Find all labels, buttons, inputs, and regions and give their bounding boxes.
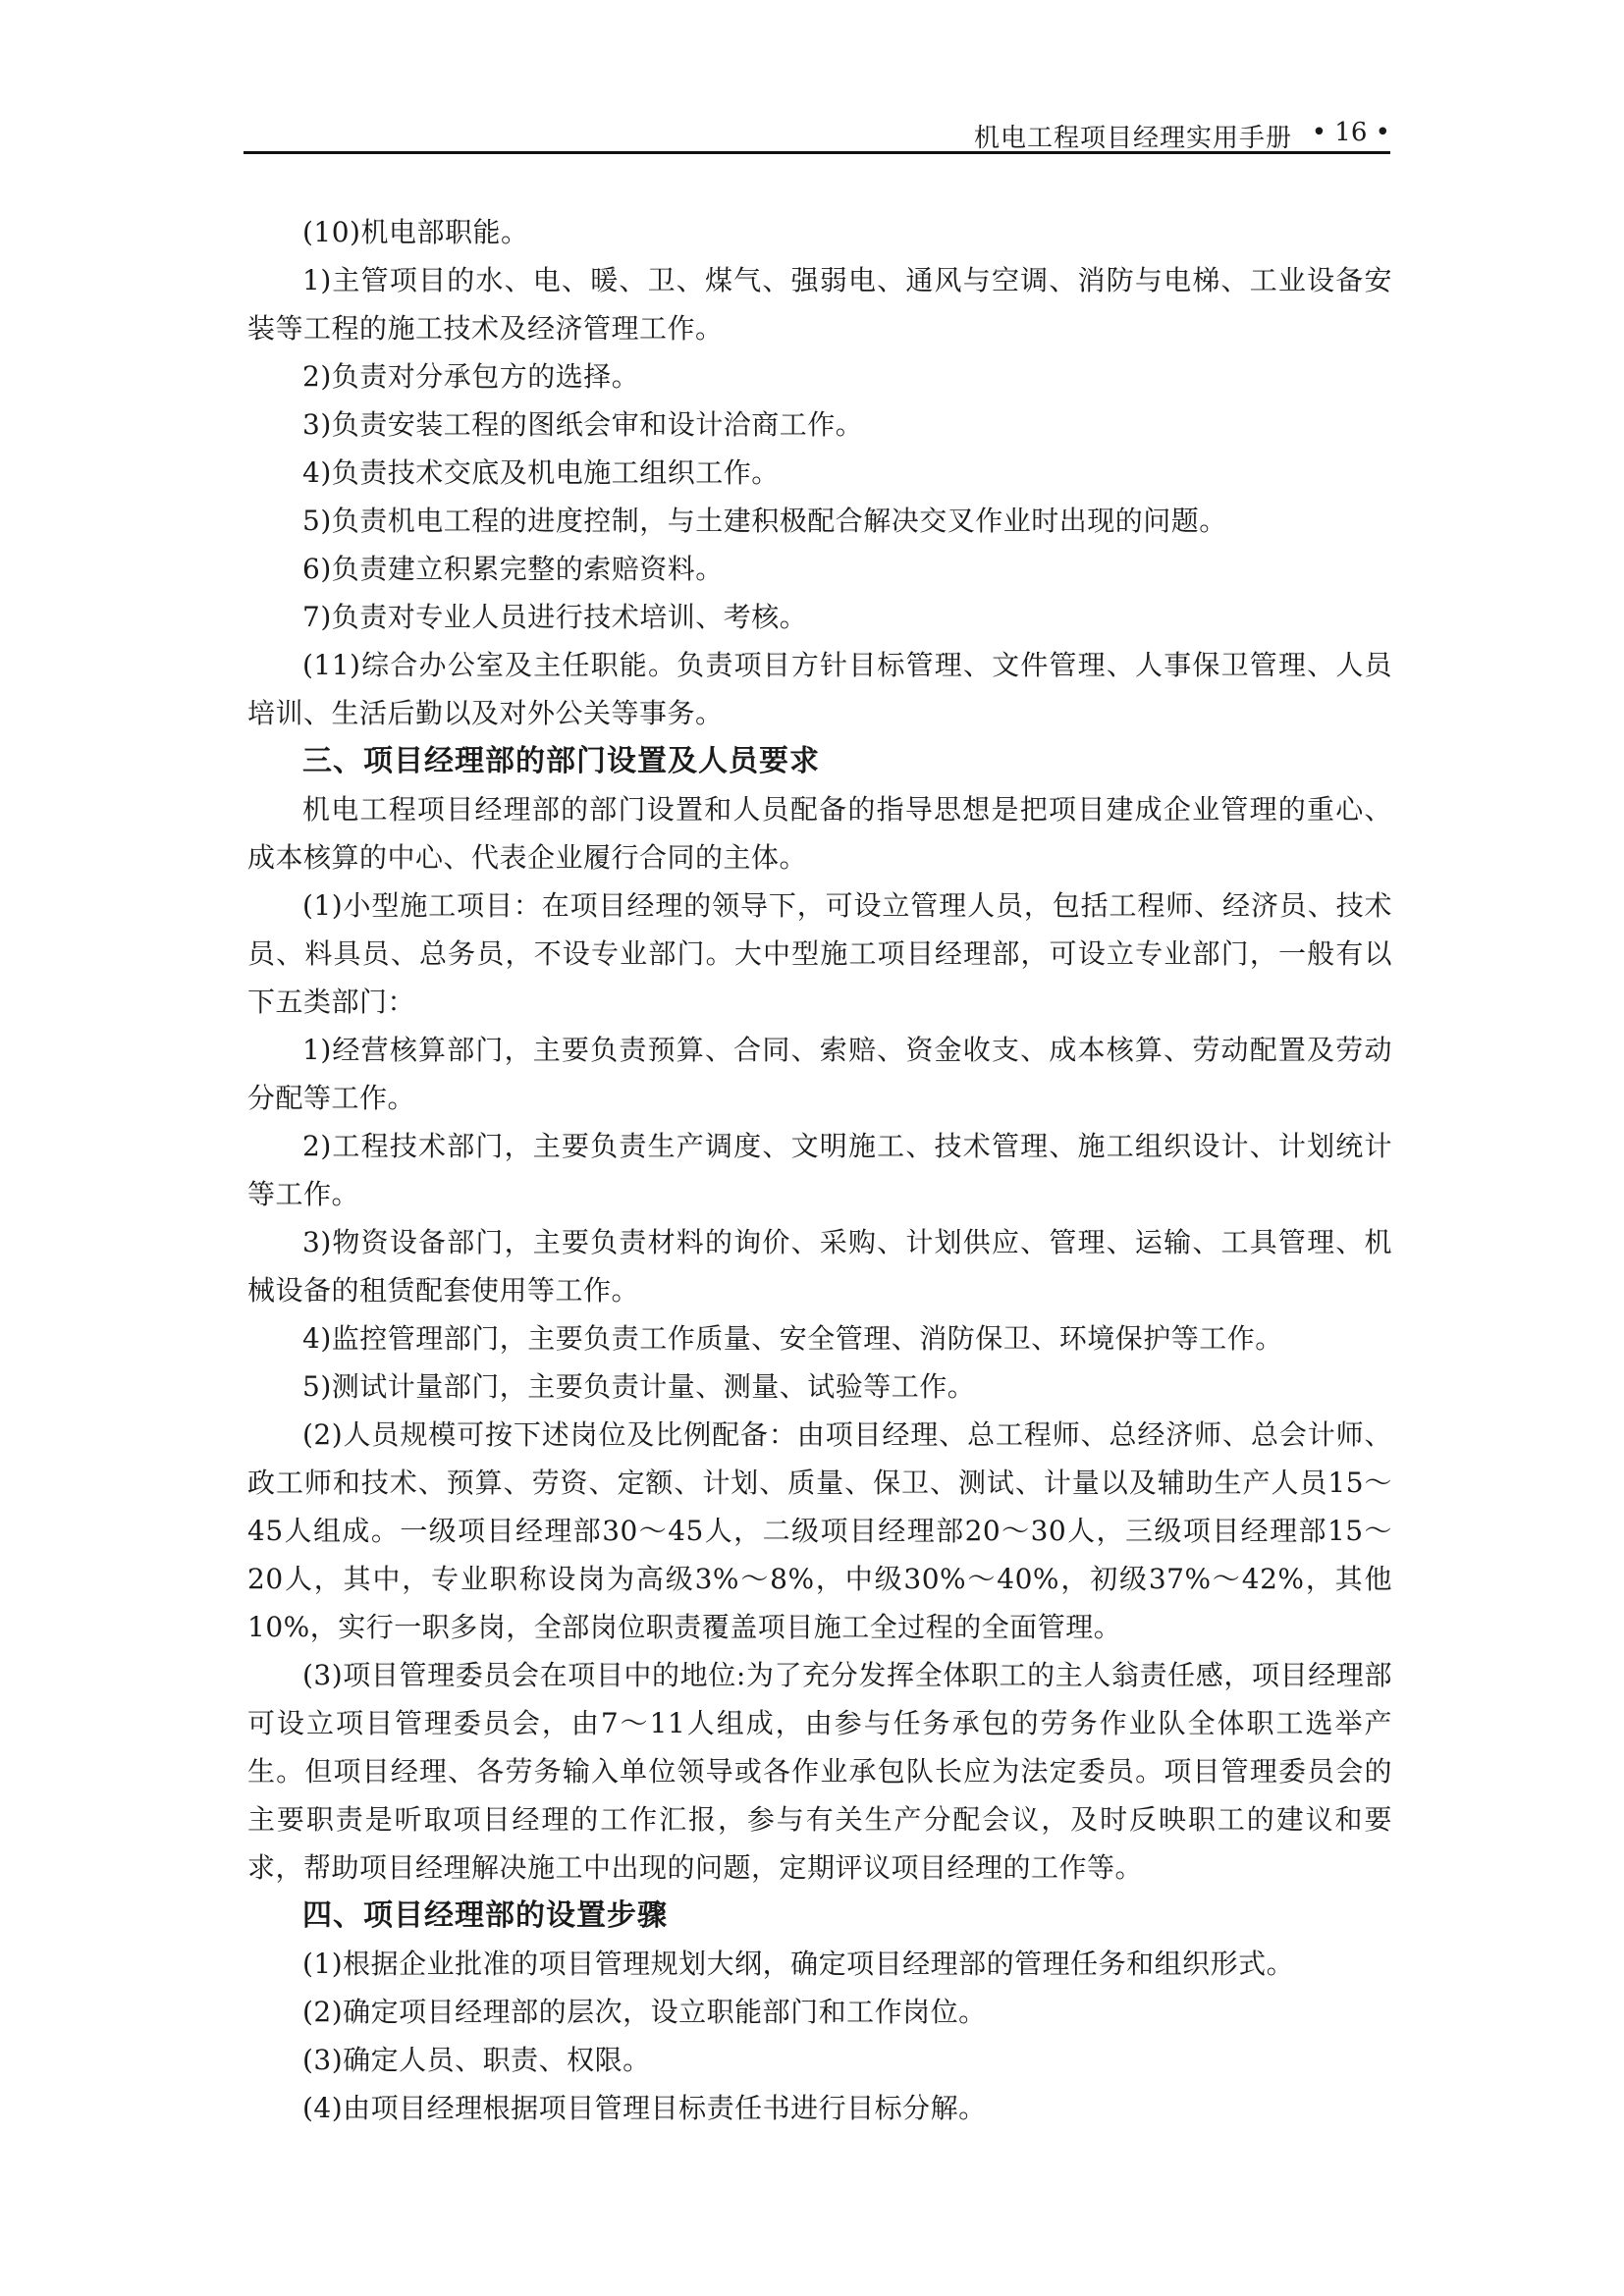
page-body: (10)机电部职能。 1)主管项目的水、电、暖、卫、煤气、强弱电、通风与空调、消…	[247, 208, 1392, 2132]
paragraph: (2)人员规模可按下述岗位及比例配备：由项目经理、总工程师、总经济师、总会计师、…	[247, 1411, 1392, 1651]
paragraph: (3)确定人员、职责、权限。	[247, 2036, 1392, 2084]
paragraph: (11)综合办公室及主任职能。负责项目方针目标管理、文件管理、人事保卫管理、人员…	[247, 641, 1392, 737]
section-heading: 三、项目经理部的部门设置及人员要求	[247, 737, 1392, 785]
header-rule	[244, 151, 1390, 154]
paragraph: 2)工程技术部门，主要负责生产调度、文明施工、技术管理、施工组织设计、计划统计等…	[247, 1122, 1392, 1218]
paragraph: (10)机电部职能。	[247, 208, 1392, 256]
page-number: • 16 •	[1312, 118, 1390, 147]
paragraph: (1)根据企业批准的项目管理规划大纲，确定项目经理部的管理任务和组织形式。	[247, 1940, 1392, 1988]
paragraph: 5)负责机电工程的进度控制，与土建积极配合解决交叉作业时出现的问题。	[247, 497, 1392, 545]
paragraph: 6)负责建立积累完整的索赔资料。	[247, 545, 1392, 593]
paragraph: 1)经营核算部门，主要负责预算、合同、索赔、资金收支、成本核算、劳动配置及劳动分…	[247, 1026, 1392, 1122]
paragraph: (4)由项目经理根据项目管理目标责任书进行目标分解。	[247, 2084, 1392, 2132]
book-title: 机电工程项目经理实用手册	[974, 118, 1292, 154]
paragraph: 4)负责技术交底及机电施工组织工作。	[247, 449, 1392, 497]
paragraph: 机电工程项目经理部的部门设置和人员配备的指导思想是把项目建成企业管理的重心、成本…	[247, 785, 1392, 881]
paragraph: 4)监控管理部门，主要负责工作质量、安全管理、消防保卫、环境保护等工作。	[247, 1314, 1392, 1362]
paragraph: 3)负责安装工程的图纸会审和设计洽商工作。	[247, 400, 1392, 449]
paragraph: (2)确定项目经理部的层次，设立职能部门和工作岗位。	[247, 1988, 1392, 2036]
paragraph: 7)负责对专业人员进行技术培训、考核。	[247, 593, 1392, 641]
paragraph: 5)测试计量部门，主要负责计量、测量、试验等工作。	[247, 1362, 1392, 1411]
section-heading: 四、项目经理部的设置步骤	[247, 1892, 1392, 1940]
paragraph: 1)主管项目的水、电、暖、卫、煤气、强弱电、通风与空调、消防与电梯、工业设备安装…	[247, 256, 1392, 352]
paragraph: 2)负责对分承包方的选择。	[247, 352, 1392, 400]
running-header: 机电工程项目经理实用手册 • 16 •	[244, 116, 1390, 153]
paragraph: 3)物资设备部门，主要负责材料的询价、采购、计划供应、管理、运输、工具管理、机械…	[247, 1218, 1392, 1314]
paragraph: (3)项目管理委员会在项目中的地位:为了充分发挥全体职工的主人翁责任感，项目经理…	[247, 1651, 1392, 1892]
paragraph: (1)小型施工项目：在项目经理的领导下，可设立管理人员，包括工程师、经济员、技术…	[247, 881, 1392, 1026]
